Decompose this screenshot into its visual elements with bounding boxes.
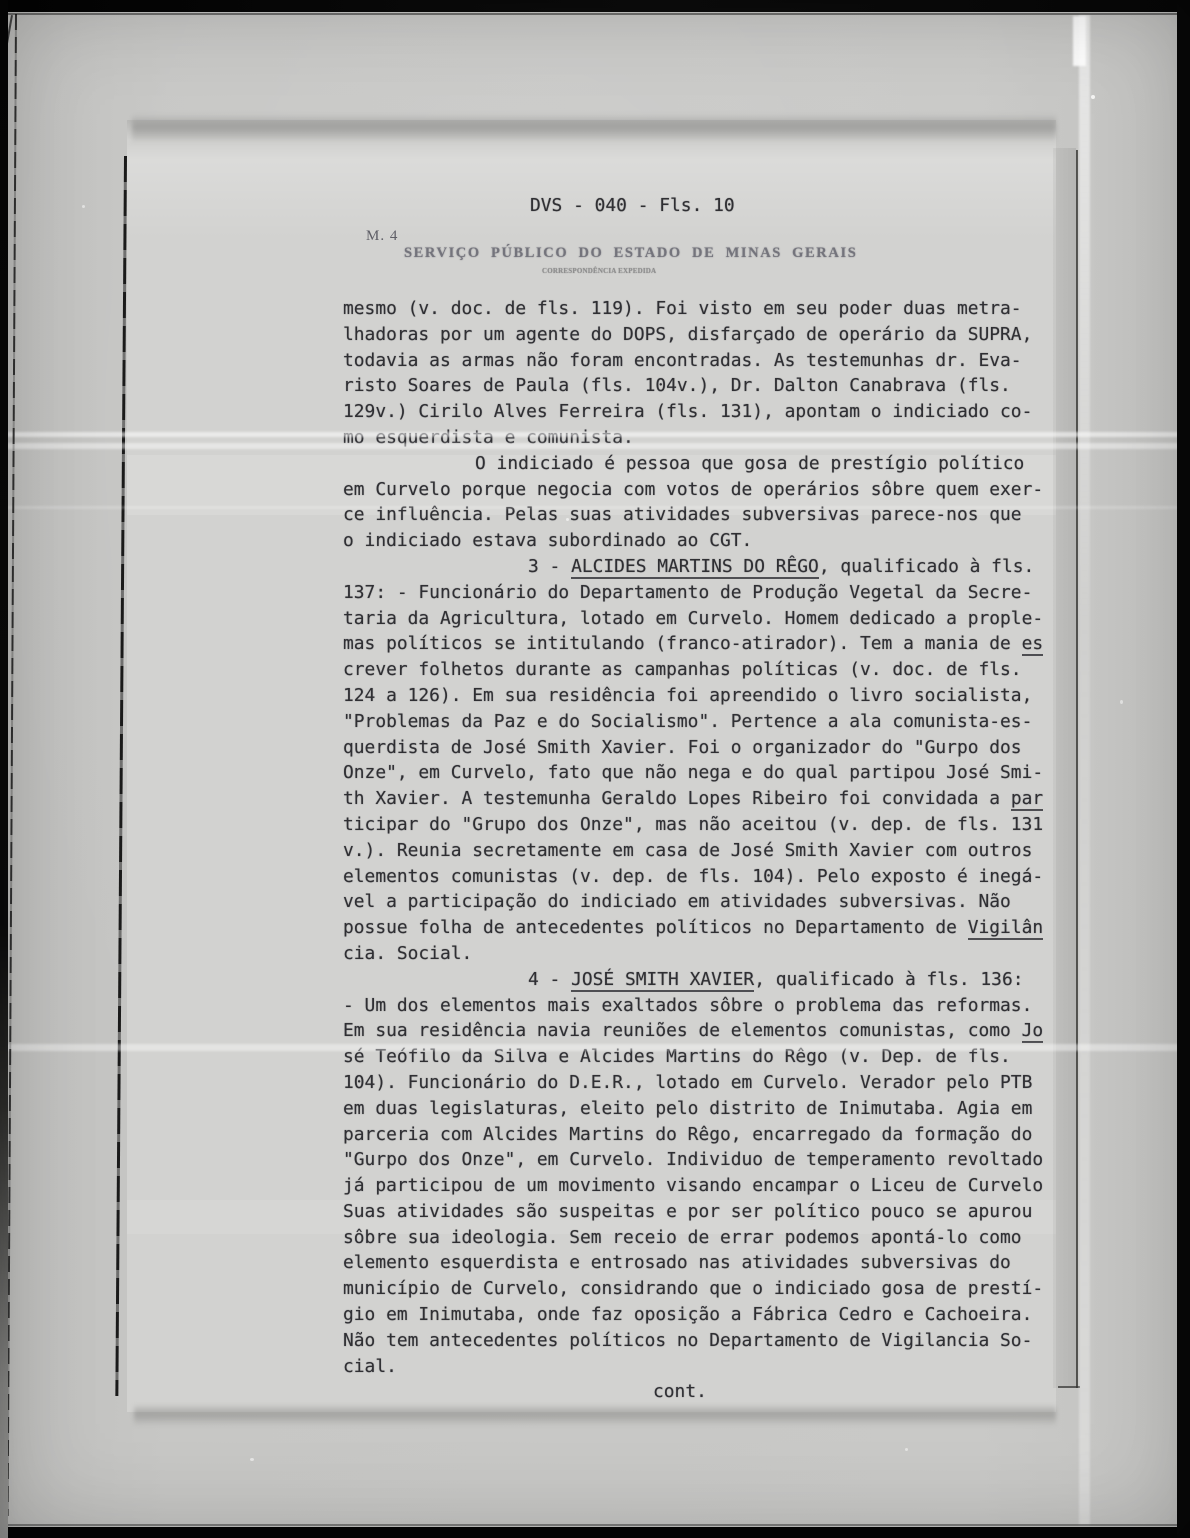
text-line: parceria com Alcides Martins do Rêgo, en… [343,1122,1043,1148]
text-line: possue folha de antecedentes políticos n… [343,915,1043,941]
text-line: th Xavier. A testemunha Geraldo Lopes Ri… [343,786,1043,812]
text-line: já participou de um movimento visando en… [343,1173,1043,1199]
text-segment: Em sua residência navia reuniões de elem… [343,1020,1022,1041]
text-segment: crever folhetos durante as campanhas pol… [343,659,1022,680]
text-line: ce influência. Pelas suas atividades sub… [343,502,1043,528]
paper-right-edge-foot [1058,1386,1080,1388]
text-segment: vel a participação do indiciado em ativi… [343,891,1011,912]
text-segment: 3 - [528,556,571,577]
form-code: M. 4 [366,228,398,245]
text-line: sé Teófilo da Silva e Alcides Martins do… [343,1044,1043,1070]
text-segment: , qualificado à fls. 136: [754,969,1023,990]
text-segment: 129v.) Cirilo Alves Ferreira (fls. 131),… [343,401,1032,422]
text-segment: sôbre sua ideologia. Sem receio de errar… [343,1227,1022,1248]
text-line: mas políticos se intitulando (franco-ati… [343,631,1043,657]
text-line: vel a participação do indiciado em ativi… [343,889,1043,915]
film-scratch [1073,16,1086,66]
underlined-text: es [1022,633,1044,656]
text-line: "Gurpo dos Onze", em Curvelo. Individuo … [343,1147,1043,1173]
frame-line-top [0,13,1190,15]
text-line: elemento esquerdista e entrosado nas ati… [343,1250,1043,1276]
text-line: 124 a 126). Em sua residência foi apreen… [343,683,1043,709]
text-segment: já participou de um movimento visando en… [343,1175,1043,1196]
paper-left-edge [115,156,127,1396]
text-segment: Não tem antecedentes políticos no Depart… [343,1330,1032,1351]
text-line: sôbre sua ideologia. Sem receio de errar… [343,1225,1043,1251]
text-line: Em sua residência navia reuniões de elem… [343,1018,1043,1044]
text-segment: mas políticos se intitulando (franco-ati… [343,633,1022,654]
underlined-text: ALCIDES MARTINS DO RÊGO [571,556,819,579]
text-segment: município de Curvelo, considrando que o … [343,1278,1043,1299]
text-line: v.). Reunia secretamente em casa de José… [343,838,1043,864]
film-speck [250,1458,254,1461]
text-segment: todavia as armas não foram encontradas. … [343,350,1022,371]
text-line: município de Curvelo, considrando que o … [343,1276,1043,1302]
film-speck [1091,95,1095,99]
text-segment: taria da Agricultura, lotado em Curvelo.… [343,608,1043,629]
text-line: gio em Inimutaba, onde faz oposição a Fá… [343,1302,1043,1328]
text-segment: "Problemas da Paz e do Socialismo". Pert… [343,711,1032,732]
text-segment: em duas legislaturas, eleito pelo distri… [343,1098,1032,1119]
film-streak-vertical [1079,15,1090,1525]
document-body: mesmo (v. doc. de fls. 119). Foi visto e… [343,296,1043,1405]
paper-right-edge [1076,150,1078,1388]
text-segment: o indiciado estava subordinado ao CGT. [343,530,752,551]
text-line: o indiciado estava subordinado ao CGT. [343,528,1043,554]
letterhead-title: SERVIÇO PÚBLICO DO ESTADO DE MINAS GERAI… [404,245,857,262]
text-segment: , qualificado à fls. [819,556,1034,577]
text-line: em Curvelo porque negocia com votos de o… [343,477,1043,503]
text-line: elementos comunistas (v. dep. de fls. 10… [343,864,1043,890]
text-line: todavia as armas não foram encontradas. … [343,348,1043,374]
text-line: Não tem antecedentes políticos no Depart… [343,1328,1043,1354]
film-speck [82,205,85,208]
text-segment: cia. Social. [343,943,472,964]
text-line: cia. Social. [343,941,1043,967]
text-line: lhadoras por um agente do DOPS, disfarça… [343,322,1043,348]
text-segment: Suas atividades são suspeitas e por ser … [343,1201,1032,1222]
text-line: em duas legislaturas, eleito pelo distri… [343,1096,1043,1122]
text-segment: Onze", em Curvelo, fato que não nega e d… [343,762,1043,783]
photo-border-left [0,0,8,1538]
text-line: 129v.) Cirilo Alves Ferreira (fls. 131),… [343,399,1043,425]
text-line: mesmo (v. doc. de fls. 119). Foi visto e… [343,296,1043,322]
text-segment: em Curvelo porque negocia com votos de o… [343,479,1043,500]
text-segment: elementos comunistas (v. dep. de fls. 10… [343,866,1043,887]
text-segment: 4 - [528,969,571,990]
photo-border-top [0,0,1190,12]
text-line: 104). Funcionário do D.E.R., lotado em C… [343,1070,1043,1096]
scanned-document-photo: DVS - 040 - Fls. 10 M. 4 SERVIÇO PÚBLICO… [0,0,1190,1538]
underlined-text: Jo [1022,1020,1044,1043]
text-line: risto Soares de Paula (fls. 104v.), Dr. … [343,373,1043,399]
text-segment: 124 a 126). Em sua residência foi apreen… [343,685,1032,706]
text-line: 3 - ALCIDES MARTINS DO RÊGO, qualificado… [343,554,1043,580]
photo-border-bottom [0,1527,1190,1538]
text-line: - Um dos elementos mais exaltados sôbre … [343,993,1043,1019]
page-reference: DVS - 040 - Fls. 10 [530,195,735,216]
text-segment: querdista de José Smith Xavier. Foi o or… [343,737,1022,758]
text-line: cont. [343,1379,1043,1405]
text-segment: O indiciado é pessoa que gosa de prestíg… [475,453,1024,474]
text-segment: 104). Funcionário do D.E.R., lotado em C… [343,1072,1032,1093]
letterhead-subtitle: CORRESPONDÊNCIA EXPEDIDA [542,267,656,275]
text-line: taria da Agricultura, lotado em Curvelo.… [343,606,1043,632]
text-segment: mo esquerdista e comunista. [343,427,634,448]
text-line: O indiciado é pessoa que gosa de prestíg… [343,451,1043,477]
photo-border-right [1177,0,1190,1538]
text-line: 137: - Funcionário do Departamento de Pr… [343,580,1043,606]
text-line: Onze", em Curvelo, fato que não nega e d… [343,760,1043,786]
text-segment: th Xavier. A testemunha Geraldo Lopes Ri… [343,788,1011,809]
frame-line-left [7,14,17,1516]
text-segment: cial. [343,1356,397,1377]
underlined-text: par [1011,788,1043,811]
underlined-text: Vigilân [968,917,1043,940]
film-speck [1120,700,1123,704]
text-segment: - Um dos elementos mais exaltados sôbre … [343,995,1032,1016]
text-segment: cont. [653,1381,707,1402]
text-segment: ce influência. Pelas suas atividades sub… [343,504,1022,525]
text-segment: parceria com Alcides Martins do Rêgo, en… [343,1124,1032,1145]
text-segment: sé Teófilo da Silva e Alcides Martins do… [343,1046,1011,1067]
text-line: querdista de José Smith Xavier. Foi o or… [343,735,1043,761]
frame-line-bottom [0,1524,1190,1526]
text-line: "Problemas da Paz e do Socialismo". Pert… [343,709,1043,735]
text-segment: lhadoras por um agente do DOPS, disfarça… [343,324,1032,345]
text-segment: possue folha de antecedentes políticos n… [343,917,968,938]
text-line: Suas atividades são suspeitas e por ser … [343,1199,1043,1225]
paper-right-edge-shadow [1053,148,1076,1388]
text-segment: elemento esquerdista e entrosado nas ati… [343,1252,1011,1273]
paper-bottom-edge-shadow [134,1404,1056,1426]
text-segment: "Gurpo dos Onze", em Curvelo. Individuo … [343,1149,1043,1170]
text-line: mo esquerdista e comunista. [343,425,1043,451]
paper-top-edge-shadow [132,114,1056,142]
text-line: 4 - JOSÉ SMITH XAVIER, qualificado à fls… [343,967,1043,993]
film-speck [905,1448,908,1451]
text-line: cial. [343,1354,1043,1380]
underlined-text: JOSÉ SMITH XAVIER [571,969,754,992]
text-segment: ticipar do "Grupo dos Onze", mas não ace… [343,814,1043,835]
text-line: ticipar do "Grupo dos Onze", mas não ace… [343,812,1043,838]
text-segment: v.). Reunia secretamente em casa de José… [343,840,1032,861]
text-segment: 137: - Funcionário do Departamento de Pr… [343,582,1032,603]
text-line: crever folhetos durante as campanhas pol… [343,657,1043,683]
text-segment: gio em Inimutaba, onde faz oposição a Fá… [343,1304,1032,1325]
text-segment: risto Soares de Paula (fls. 104v.), Dr. … [343,375,1011,396]
text-segment: mesmo (v. doc. de fls. 119). Foi visto e… [343,298,1022,319]
